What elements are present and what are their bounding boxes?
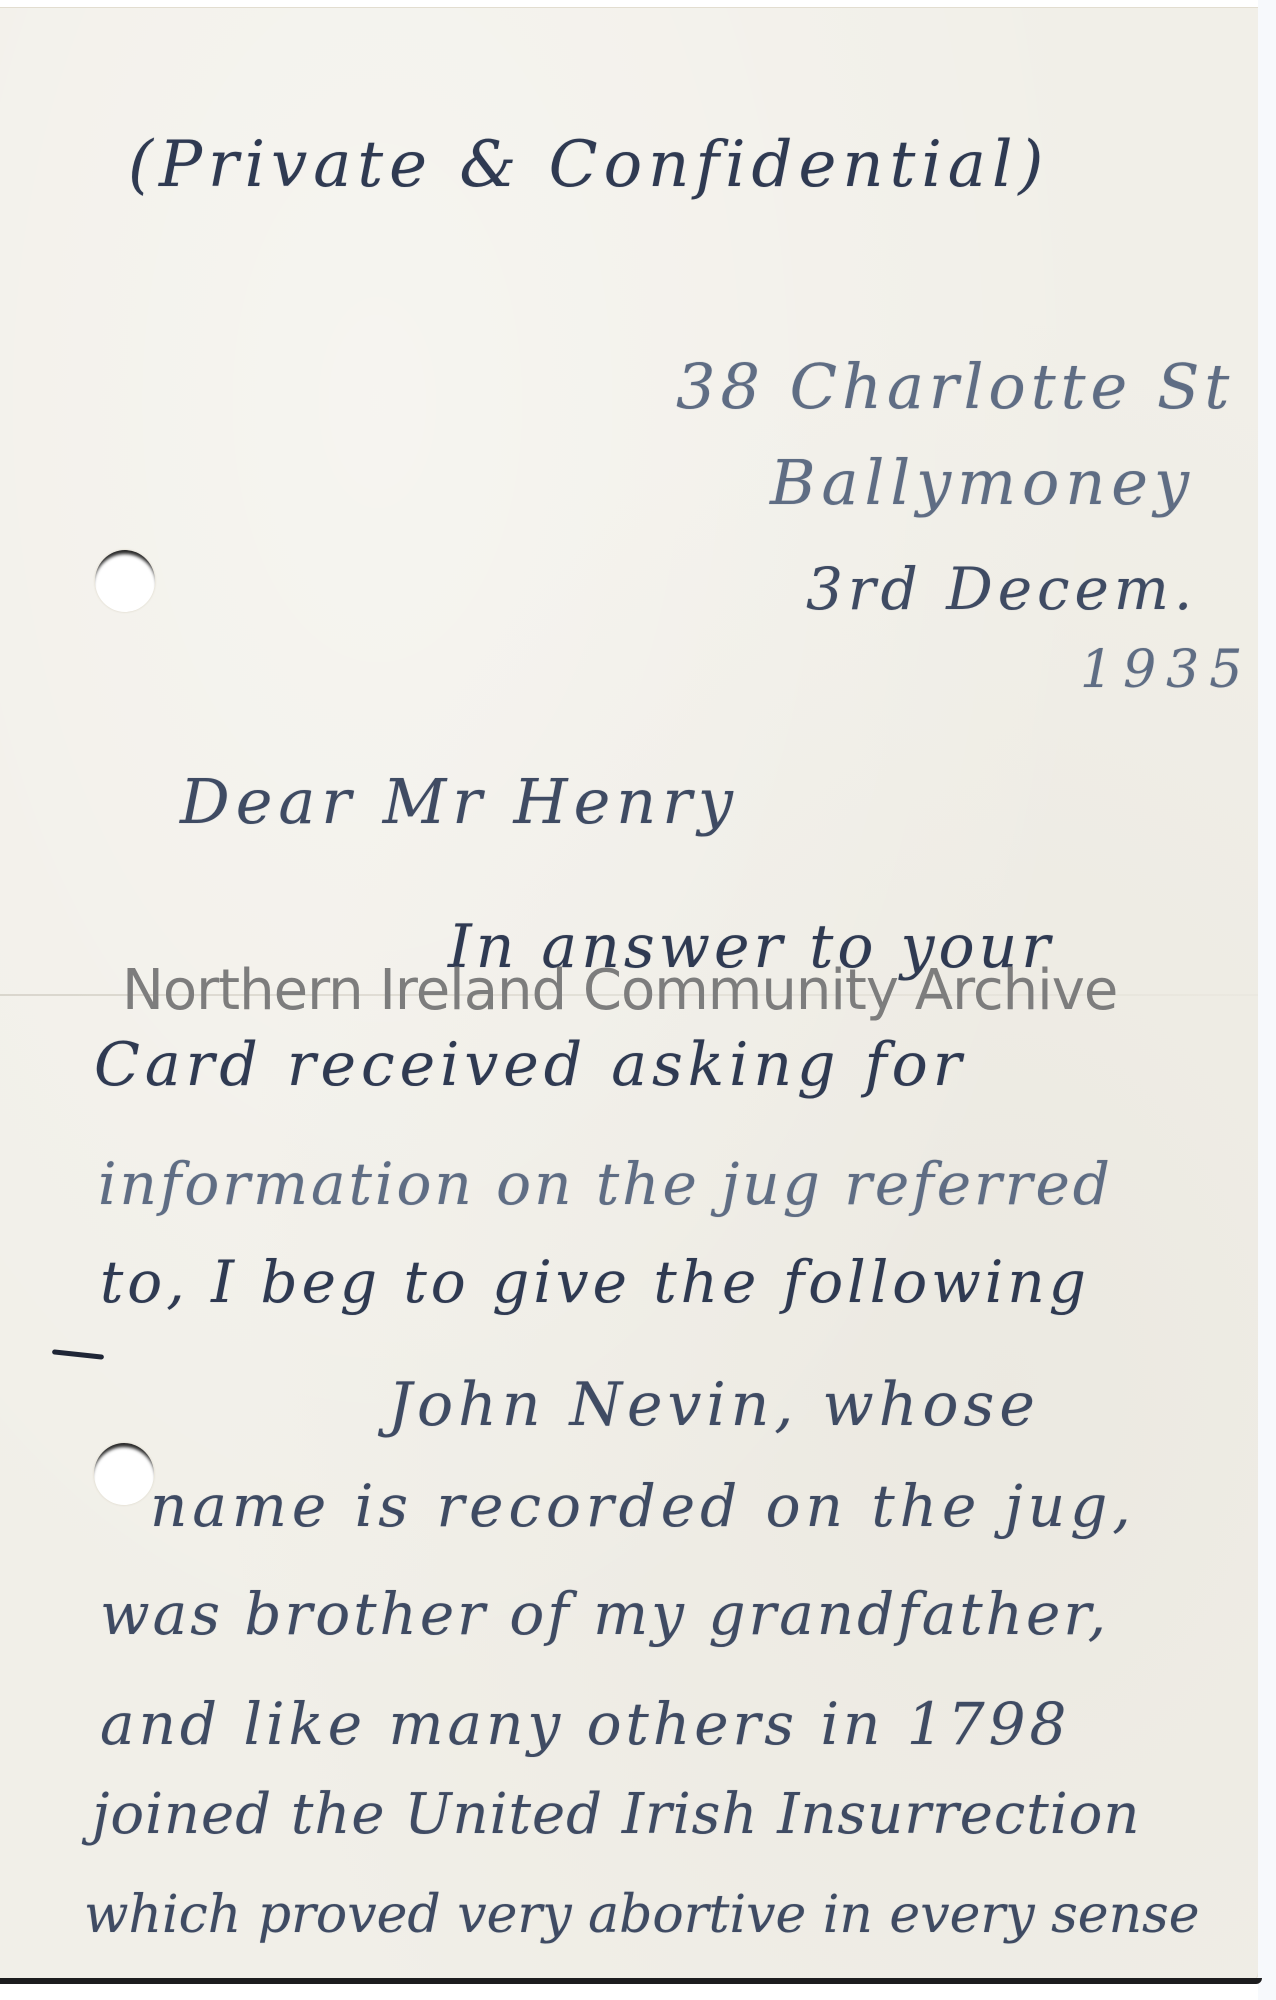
punch-hole-bottom [94, 1443, 154, 1505]
body-line: which proved very abortive in every sens… [84, 1885, 1200, 1945]
salutation: Dear Mr Henry [180, 765, 739, 838]
punch-hole-top [95, 550, 155, 612]
letter-date-day: 3rd Decem. [806, 555, 1197, 623]
scan-background-strip [1258, 0, 1276, 2000]
archive-watermark: Northern Ireland Community Archive [122, 958, 1117, 1023]
address-line-street: 38 Charlotte St [676, 350, 1234, 423]
body-line: joined the United Irish Insurrection [92, 1782, 1140, 1847]
page-bottom-shadow [0, 1978, 1262, 1984]
body-line: Card received asking for [94, 1030, 966, 1100]
body-line: to, I beg to give the following [100, 1248, 1090, 1316]
body-line: name is recorded on the jug, [150, 1472, 1136, 1540]
body-line: John Nevin, whose [388, 1370, 1040, 1440]
body-line: was brother of my grandfather, [100, 1580, 1109, 1648]
body-line: information on the jug referred [98, 1150, 1113, 1218]
address-line-town: Ballymoney [770, 446, 1195, 519]
body-line: and like many others in 1798 [100, 1690, 1070, 1758]
header-note: (Private & Confidential) [128, 128, 1049, 202]
letter-date-year: 1935 [1080, 640, 1252, 700]
